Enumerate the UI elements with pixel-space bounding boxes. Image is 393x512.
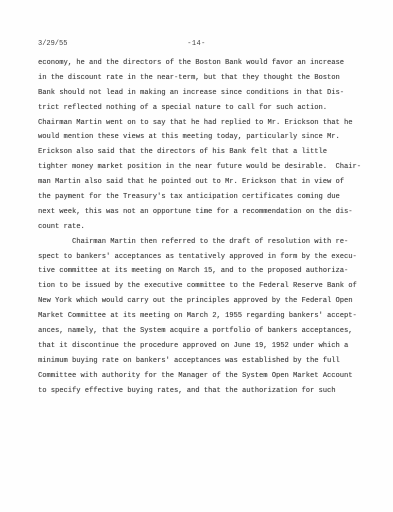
text-line: ances, namely, that the System acquire a… [38,324,362,339]
text-line: the payment for the Treasury's tax antic… [38,190,362,205]
text-line: New York which would carry out the princ… [38,294,362,309]
text-line: to specify effective buying rates, and t… [38,384,362,399]
text-line: economy, he and the directors of the Bos… [38,56,362,71]
text-line: tighter money market position in the nea… [38,160,362,175]
text-line: trict reflected nothing of a special nat… [38,101,362,116]
text-line: minimum buying rate on bankers' acceptan… [38,354,362,369]
text-line: Chairman Martin went on to say that he h… [38,116,362,131]
text-line: count rate. [38,220,362,235]
document-page: 3/29/55 -14- economy, he and the directo… [0,0,393,512]
text-line: Bank should not lead in making an increa… [38,86,362,101]
page-header: 3/29/55 -14- [0,40,393,52]
text-line: tive committee at its meeting on March 1… [38,264,362,279]
text-line: Chairman Martin then referred to the dra… [38,235,362,250]
text-line: Erickson also said that the directors of… [38,145,362,160]
text-line: that it discontinue the procedure approv… [38,339,362,354]
text-line: in the discount rate in the near-term, b… [38,71,362,86]
text-line: man Martin also said that he pointed out… [38,175,362,190]
text-line: Market Committee at its meeting on March… [38,309,362,324]
text-line: next week, this was not an opportune tim… [38,205,362,220]
text-line: spect to bankers' acceptances as tentati… [38,250,362,265]
document-body: economy, he and the directors of the Bos… [38,56,362,398]
text-line: Committee with authority for the Manager… [38,369,362,384]
text-line: would mention these views at this meetin… [38,130,362,145]
page-number: -14- [0,40,393,48]
text-line: tion to be issued by the executive commi… [38,279,362,294]
